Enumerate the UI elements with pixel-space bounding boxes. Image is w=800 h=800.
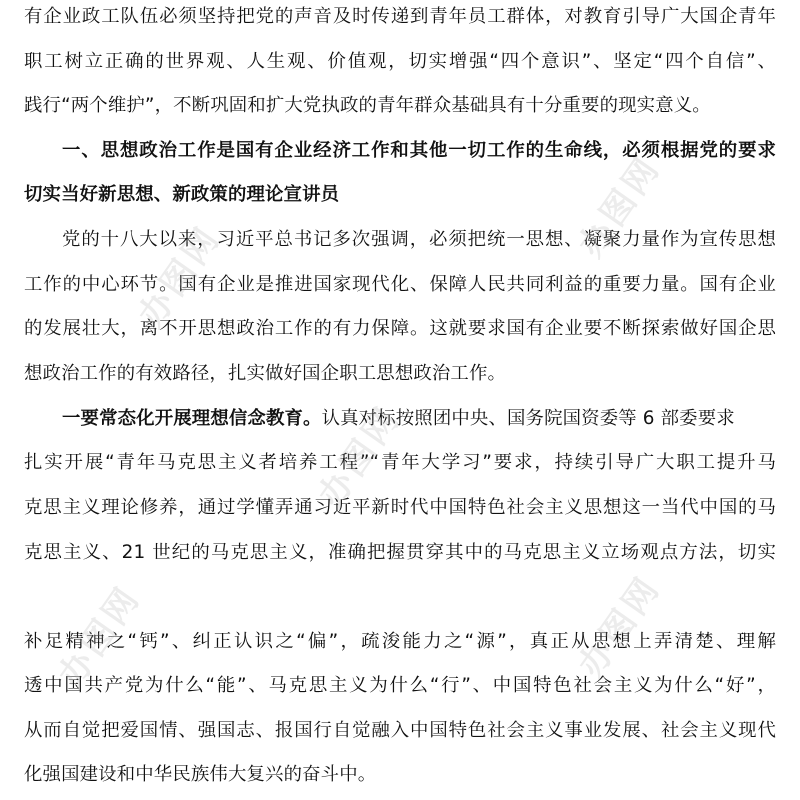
paragraph-line: 一要常态化开展理想信念教育。认真对标按照团中央、国务院国资委等 6 部委要求 (24, 404, 776, 434)
paragraph-line: 工作的中心环节。国有企业是推进国家现代化、保障人民共同利益的重要力量。国有企业 (24, 270, 776, 300)
section-heading-line: 一、思想政治工作是国有企业经济工作和其他一切工作的生命线，必须根据党的要求 (24, 136, 776, 166)
paragraph-line: 化强国建设和中华民族伟大复兴的奋斗中。 (24, 760, 376, 790)
paragraph-text: 认真对标按照团中央、国务院国资委等 6 部委要求 (322, 408, 735, 429)
paragraph-line: 从而自觉把爱国情、强国志、报国行自觉融入中国特色社会主义事业发展、社会主义现代 (24, 716, 776, 746)
watermark: 办图网 (564, 564, 670, 685)
section-heading-line: 切实当好新思想、新政策的理论宣讲员 (24, 180, 339, 210)
paragraph-line: 克思主义、21 世纪的马克思主义，准确把握贯穿其中的马克思主义立场观点方法，切实 (24, 538, 776, 568)
paragraph-line: 有企业政工队伍必须坚持把党的声音及时传递到青年员工群体，对教育引导广大国企青年 (24, 2, 776, 32)
paragraph-line: 党的十八大以来，习近平总书记多次强调，必须把统一思想、凝聚力量作为宣传思想 (24, 225, 776, 255)
paragraph-line: 补足精神之“钙”、纠正认识之“偏”，疏浚能力之“源”，真正从思想上弄清楚、理解 (24, 627, 776, 657)
bold-lead-phrase: 一要常态化开展理想信念教育。 (62, 408, 322, 429)
paragraph-line: 践行“两个维护”，不断巩固和扩大党执政的青年群众基础具有十分重要的现实意义。 (24, 91, 711, 121)
paragraph-line: 扎实开展“青年马克思主义者培养工程”“青年大学习”要求，持续引导广大职工提升马 (24, 448, 776, 478)
paragraph-line: 透中国共产党为什么“能”、马克思主义为什么“行”、中国特色社会主义为什么“好”， (24, 671, 776, 701)
paragraph-line: 职工树立正确的世界观、人生观、价值观，切实增强“四个意识”、坚定“四个自信”、 (24, 47, 776, 77)
paragraph-line: 克思主义理论修养，通过学懂弄通习近平新时代中国特色社会主义思想这一当代中国的马 (24, 493, 776, 523)
paragraph-line: 的发展壮大，离不开思想政治工作的有力保障。这就要求国有企业要不断探索做好国企思 (24, 314, 776, 344)
paragraph-line: 想政治工作的有效路径，扎实做好国企职工思想政治工作。 (24, 359, 506, 389)
